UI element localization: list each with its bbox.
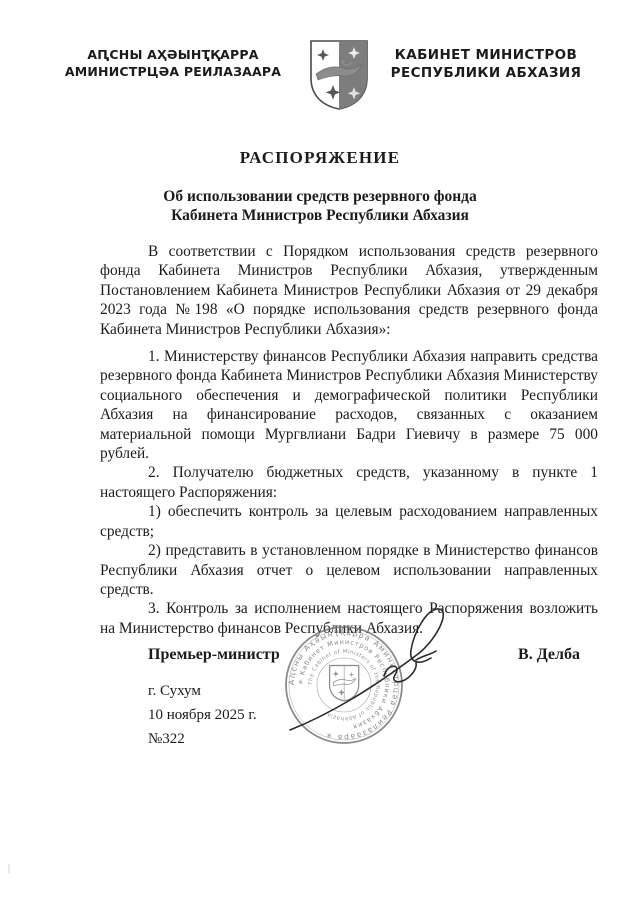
scan-artifact xyxy=(8,864,10,873)
document-subject-line2: Кабинета Министров Республики Абхазия xyxy=(0,206,640,225)
paragraph-item2: 2. Получателю бюджетных средств, указанн… xyxy=(100,463,598,502)
signatory-role: Премьер-министр xyxy=(148,646,280,664)
org-name-abkhaz-line1: АԤСНЫ АҲӘЫНҬҚАРРА xyxy=(54,46,292,63)
document-subject-line1: Об использовании средств резервного фонд… xyxy=(0,187,640,206)
official-stamp-and-signature: Аԥсны Аҳәынҭқарра Аминистрцәа Реилазаара… xyxy=(268,602,468,767)
document-title: РАСПОРЯЖЕНИЕ xyxy=(0,148,640,168)
paragraph-item2-sub1: 1) обеспечить контроль за целевым расход… xyxy=(100,502,598,541)
org-name-abkhaz-line2: АМИНИСТРЦӘА РЕИЛАЗААРА xyxy=(54,63,292,80)
org-name-abkhaz: АԤСНЫ АҲӘЫНҬҚАРРА АМИНИСТРЦӘА РЕИЛАЗААРА xyxy=(54,46,292,80)
org-name-russian: КАБИНЕТ МИНИСТРОВ РЕСПУБЛИКИ АБХАЗИЯ xyxy=(386,46,586,82)
signatory-name: В. Делба xyxy=(518,646,580,664)
round-seal-icon: Аԥсны Аҳәынҭқарра Аминистрцәа Реилазаара… xyxy=(268,602,468,767)
document-number: №322 xyxy=(148,731,185,748)
stamp-center-emblem xyxy=(330,666,359,701)
issue-date: 10 ноября 2025 г. xyxy=(148,707,257,724)
org-name-russian-line2: РЕСПУБЛИКИ АБХАЗИЯ xyxy=(386,64,586,82)
letterhead: АԤСНЫ АҲӘЫНҬҚАРРА АМИНИСТРЦӘА РЕИЛАЗААРА xyxy=(0,0,640,112)
paragraph-item1: 1. Министерству финансов Республики Абха… xyxy=(100,347,598,463)
issue-city: г. Сухум xyxy=(148,683,201,700)
document-body: В соответствии с Порядком использования … xyxy=(0,242,640,638)
paragraph-intro: В соответствии с Порядком использования … xyxy=(100,242,598,339)
abkhazia-coat-of-arms-icon xyxy=(306,38,372,112)
paragraph-item2-sub2: 2) представить в установленном порядке в… xyxy=(100,541,598,599)
document-subject: Об использовании средств резервного фонд… xyxy=(0,187,640,225)
decree-document-page: АԤСНЫ АҲӘЫНҬҚАРРА АМИНИСТРЦӘА РЕИЛАЗААРА xyxy=(0,0,640,905)
org-name-russian-line1: КАБИНЕТ МИНИСТРОВ xyxy=(386,46,586,64)
